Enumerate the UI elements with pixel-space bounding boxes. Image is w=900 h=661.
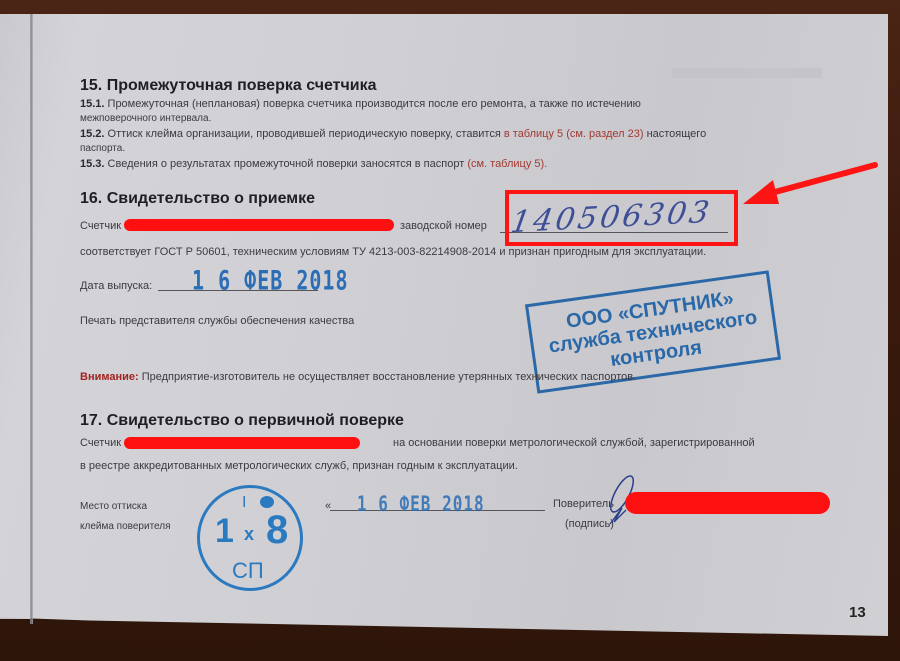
section-15-3: 15.3. Сведения о результатах промежуточн… [80, 158, 547, 170]
section-15-1-cont: межповерочного интервала. [80, 113, 211, 124]
stamp-left-digit: 1 [215, 512, 234, 551]
warning-note: Внимание: Предприятие-изготовитель не ос… [80, 371, 636, 383]
release-date-label: Дата выпуска: [80, 280, 152, 292]
item-number: 15.1. [80, 98, 104, 110]
meter-label-17: Счетчик [80, 437, 121, 449]
section-15-title: 15. Промежуточная поверка счетчика [80, 77, 377, 95]
item-text: Промежуточная (неплановая) поверка счетч… [108, 98, 641, 110]
release-date-stamp: 1 6 ФЕВ 2018 [192, 264, 349, 296]
redaction-bar [124, 219, 394, 231]
compliance-text: соответствует ГОСТ Р 50601, техническим … [80, 246, 706, 258]
table-reference: в таблицу 5 (см. раздел 23) [504, 128, 644, 140]
highlight-box [505, 190, 738, 246]
qc-seal-label: Печать представителя службы обеспечения … [80, 315, 354, 327]
item-number: 15.2. [80, 128, 104, 140]
verify-date-stamp: 1 6 ФЕВ 2018 [357, 491, 485, 517]
verifier-name-redaction [625, 492, 830, 514]
item-text: Сведения о результатах промежуточной пов… [108, 158, 465, 170]
verification-text-1: на основании поверки метрологической слу… [393, 437, 755, 449]
verification-text-2: в реестре аккредитованных метрологически… [80, 460, 518, 472]
section-17-title: 17. Свидетельство о первичной поверке [80, 412, 404, 430]
stamp-place-label-1: Место оттиска [80, 501, 147, 512]
stamp-mid-letter: х [244, 524, 254, 545]
item-number: 15.3. [80, 158, 104, 170]
stamp-place-label-2: клейма поверителя [80, 521, 171, 532]
item-text-tail: настоящего [647, 128, 707, 140]
item-text: Оттиск клейма организации, проводившей п… [108, 128, 501, 140]
section-16-title: 16. Свидетельство о приемке [80, 190, 315, 208]
table-reference: (см. таблицу 5). [467, 158, 547, 170]
redaction-bar [124, 437, 360, 449]
section-15-1: 15.1. Промежуточная (неплановая) поверка… [80, 98, 641, 110]
warning-text: Предприятие-изготовитель не осуществляет… [142, 371, 636, 383]
warning-label: Внимание: [80, 371, 139, 383]
section-15-2: 15.2. Оттиск клейма организации, проводи… [80, 128, 706, 140]
serial-number-label: заводской номер [400, 220, 487, 232]
section-15-2-cont: паспорта. [80, 143, 125, 154]
stamp-top-mark: I [242, 494, 246, 512]
verifier-round-stamp: I 1 х 8 СП [197, 485, 303, 591]
bleed-through-text [672, 68, 822, 78]
stamp-bottom-text: СП [232, 558, 264, 584]
meter-label: Счетчик [80, 220, 121, 232]
red-arrow-icon [735, 160, 880, 210]
booklet-spine [30, 14, 33, 624]
stamp-emblem-icon [260, 496, 274, 508]
stamp-right-digit: 8 [266, 508, 288, 553]
page-number: 13 [849, 604, 866, 621]
